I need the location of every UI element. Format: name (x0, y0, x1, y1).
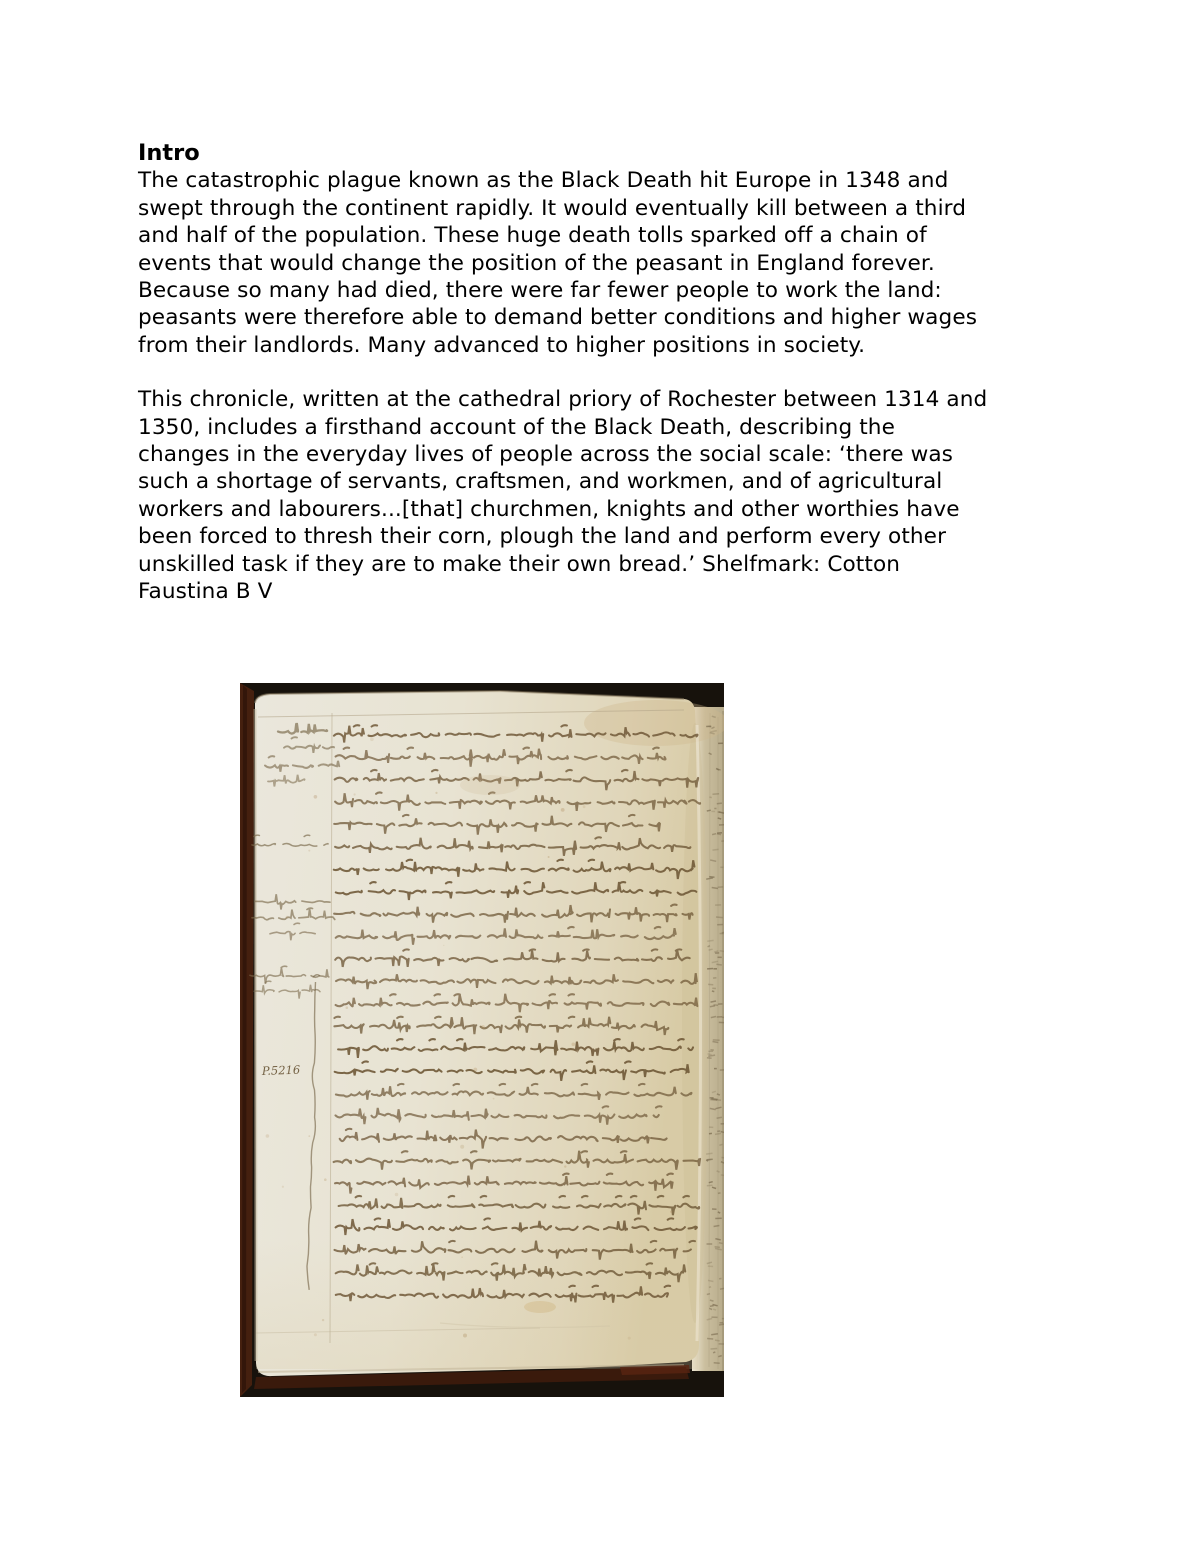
intro-heading: Intro (138, 140, 1152, 167)
chronicle-paragraph: This chronicle, written at the cathedral… (138, 386, 1152, 605)
manuscript-art: P.5216 (240, 683, 724, 1397)
shelfmark-annotation: P.5216 (261, 1063, 301, 1078)
intro-paragraph: The catastrophic plague known as the Bla… (138, 167, 1152, 359)
document-page: { "article": { "heading": "Intro", "para… (0, 0, 1200, 1553)
manuscript-photo: P.5216 (240, 683, 724, 1397)
article-text-block: Intro The catastrophic plague known as t… (138, 140, 1152, 606)
